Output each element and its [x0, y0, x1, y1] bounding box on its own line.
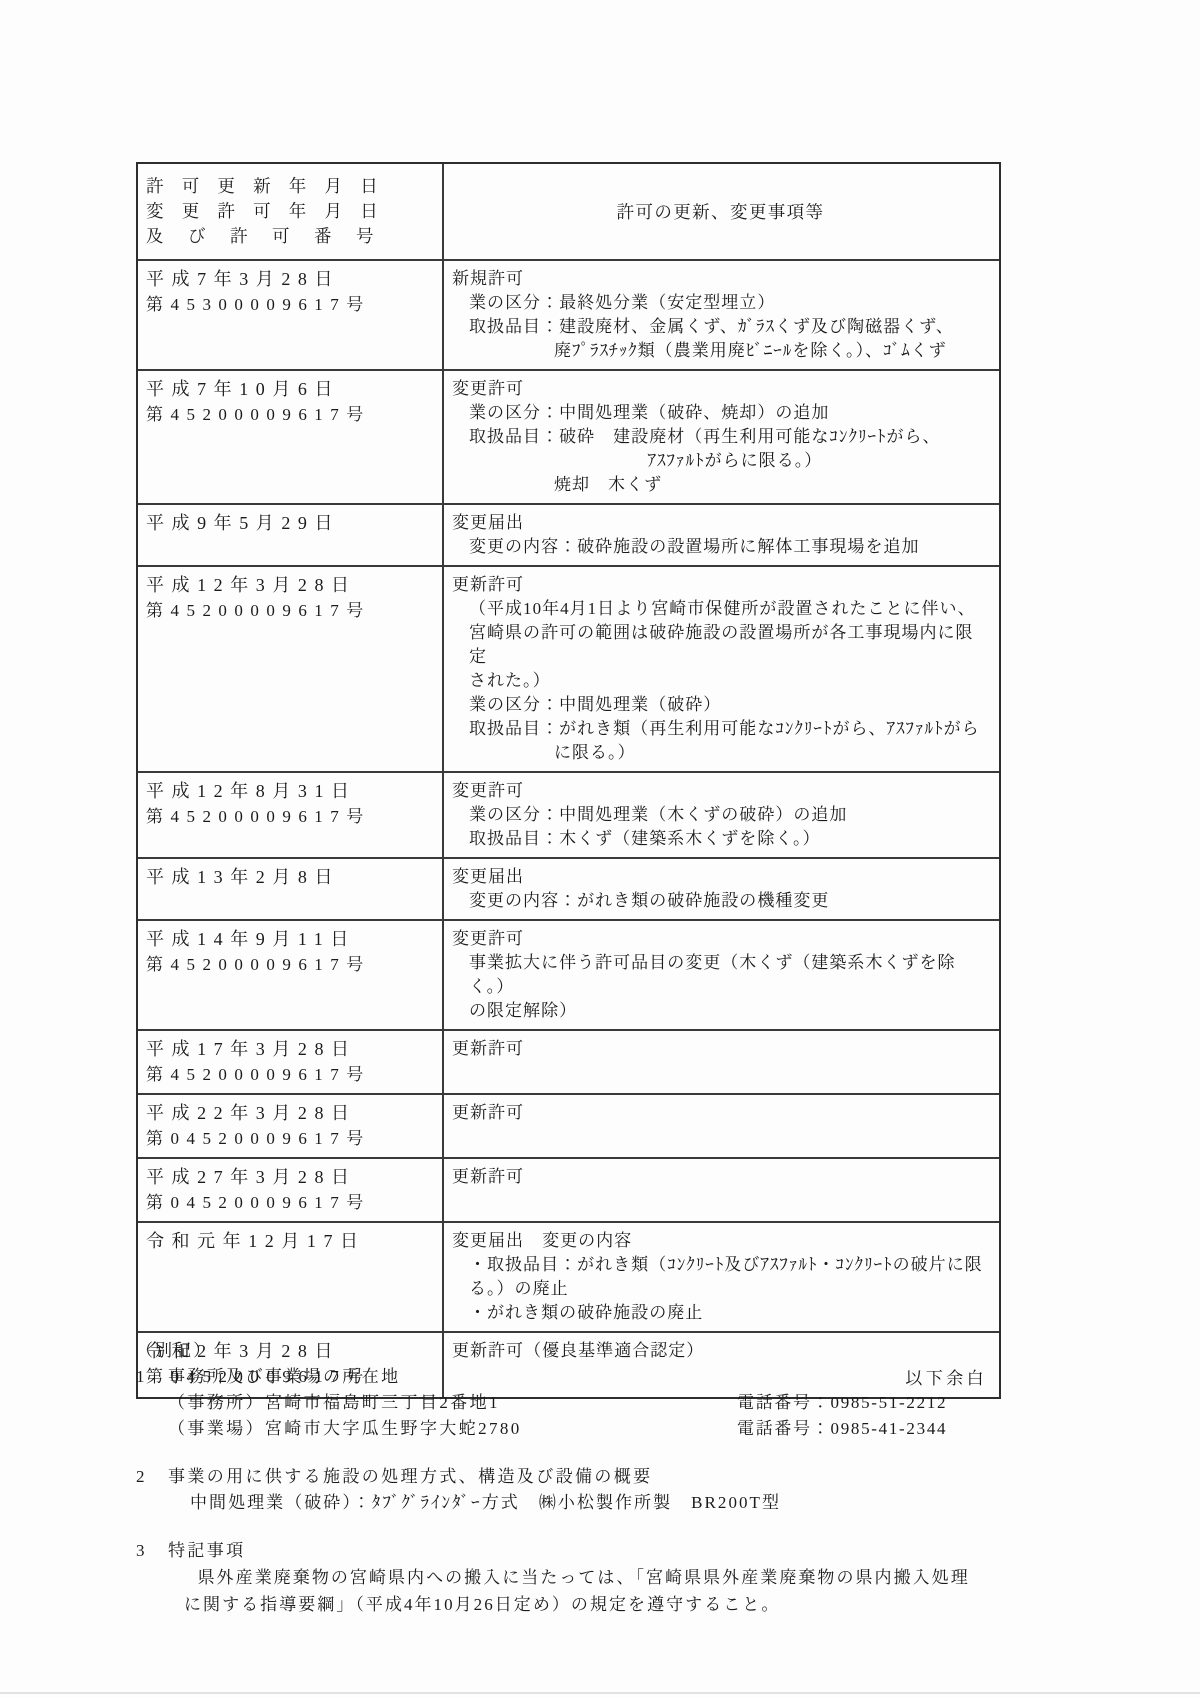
permit-history-row: 平成13年2月8日変更届出変更の内容：がれき類の破砕施設の機種変更	[138, 857, 999, 919]
section-heading: 特記事項	[168, 1538, 246, 1564]
appendix-title: （別記）	[136, 1338, 1076, 1364]
header-date-line-1: 許 可 更 新 年 月 日	[146, 174, 438, 199]
scanned-permit-document: 許 可 更 新 年 月 日 変 更 許 可 年 月 日 及 び 許 可 番 号 …	[0, 0, 1200, 1697]
permit-row-left-cell: 平成14年9月11日第45200009617号	[138, 921, 444, 1029]
detail-line: 更新許可	[452, 573, 989, 597]
permit-history-row: 平成22年3月28日第04520009617号更新許可	[138, 1093, 999, 1157]
permit-date: 平成7年3月28日	[146, 267, 436, 292]
detail-line: 宮崎県の許可の範囲は破砕施設の設置場所が各工事現場内に限定	[452, 621, 989, 669]
section-head: 2事業の用に供する施設の処理方式、構造及び設備の概要	[136, 1464, 1076, 1490]
detail-line: 変更許可	[452, 779, 989, 803]
permit-date: 平成7年10月6日	[146, 377, 436, 402]
permit-date: 平成12年8月31日	[146, 779, 436, 804]
detail-line: る。）の廃止	[452, 1277, 989, 1301]
permit-row-details-cell: 変更許可業の区分：中間処理業（木くずの破砕）の追加取扱品目：木くず（建築系木くず…	[444, 773, 999, 857]
permit-row-left-cell: 平成9年5月29日	[138, 505, 444, 565]
permit-history-row: 平成12年8月31日第45200009617号変更許可業の区分：中間処理業（木く…	[138, 771, 999, 857]
permit-history-row: 平成7年10月6日第45200009617号変更許可業の区分：中間処理業（破砕、…	[138, 369, 999, 503]
header-details-label: 許可の更新、変更事項等	[617, 199, 825, 224]
detail-line: 取扱品目：破砕 建設廃材（再生利用可能なｺﾝｸﾘｰﾄがら、	[452, 425, 989, 449]
detail-line: 新規許可	[452, 267, 989, 291]
detail-line: に限る。）	[452, 741, 989, 765]
permit-history-row: 平成12年3月28日第45200009617号更新許可（平成10年4月1日より宮…	[138, 565, 999, 771]
detail-line: （平成10年4月1日より宮崎市保健所が設置されたことに伴い、	[452, 597, 989, 621]
detail-line: 変更届出	[452, 511, 989, 535]
header-date-column: 許 可 更 新 年 月 日 変 更 許 可 年 月 日 及 び 許 可 番 号	[138, 164, 444, 259]
header-date-line-2: 変 更 許 可 年 月 日	[146, 199, 438, 224]
permit-row-details-cell: 変更許可事業拡大に伴う許可品目の変更（木くず（建築系木くずを除く。）の限定解除）	[444, 921, 999, 1029]
notes-paragraph: 県外産業廃棄物の宮崎県内への搬入に当たっては、「宮崎県県外産業廃棄物の県内搬入処…	[136, 1564, 1076, 1618]
appendix-section: 1事務所及び事業場の所在地（事務所）宮崎市福島町三丁目2番地1電話番号：0985…	[136, 1364, 1076, 1442]
detail-line: 更新許可	[452, 1101, 989, 1125]
permit-date: 令和元年12月17日	[146, 1229, 436, 1254]
permit-history-row: 平成17年3月28日第45200009617号更新許可	[138, 1029, 999, 1093]
permit-history-row: 平成7年3月28日第45300009617号新規許可業の区分：最終処分業（安定型…	[138, 259, 999, 369]
phone-number: 電話番号：0985-41-2344	[737, 1416, 947, 1442]
permit-row-left-cell: 平成27年3月28日第04520009617号	[138, 1159, 444, 1221]
appendix-sections: 1事務所及び事業場の所在地（事務所）宮崎市福島町三丁目2番地1電話番号：0985…	[136, 1364, 1076, 1618]
detail-line: ・取扱品目：がれき類（ｺﾝｸﾘｰﾄ及びｱｽﾌｧﾙﾄ・ｺﾝｸﾘｰﾄの破片に限	[452, 1253, 989, 1277]
section-number: 2	[136, 1464, 168, 1490]
detail-line: 取扱品目：木くず（建築系木くずを除く。）	[452, 827, 989, 851]
permit-row-details-cell: 変更許可業の区分：中間処理業（破砕、焼却）の追加取扱品目：破砕 建設廃材（再生利…	[444, 371, 999, 503]
permit-date: 平成12年3月28日	[146, 573, 436, 598]
permit-date: 平成14年9月11日	[146, 927, 436, 952]
detail-line: の限定解除）	[452, 999, 989, 1023]
phone-number: 電話番号：0985-51-2212	[737, 1390, 947, 1416]
detail-line: 業の区分：中間処理業（破砕、焼却）の追加	[452, 401, 989, 425]
detail-line: 業の区分：最終処分業（安定型埋立）	[452, 291, 989, 315]
appendix-section: 3特記事項県外産業廃棄物の宮崎県内への搬入に当たっては、「宮崎県県外産業廃棄物の…	[136, 1538, 1076, 1618]
header-date-line-3: 及 び 許 可 番 号	[146, 224, 438, 249]
section-number: 3	[136, 1538, 168, 1564]
permit-row-details-cell: 更新許可	[444, 1159, 999, 1221]
detail-line: 変更許可	[452, 377, 989, 401]
permit-row-details-cell: 新規許可業の区分：最終処分業（安定型埋立）取扱品目：建設廃材、金属くず、ｶﾞﾗｽ…	[444, 261, 999, 369]
detail-line: 業の区分：中間処理業（木くずの破砕）の追加	[452, 803, 989, 827]
detail-line: 取扱品目：がれき類（再生利用可能なｺﾝｸﾘｰﾄがら、ｱｽﾌｧﾙﾄがら	[452, 717, 989, 741]
detail-line: 取扱品目：建設廃材、金属くず、ｶﾞﾗｽくず及び陶磁器くず、	[452, 315, 989, 339]
section-head: 3特記事項	[136, 1538, 1076, 1564]
permit-date: 平成9年5月29日	[146, 511, 436, 536]
permit-number: 第04520009617号	[146, 1190, 436, 1215]
permit-number: 第45200009617号	[146, 402, 436, 427]
address-line: （事業場）宮崎市大字瓜生野字大蛇2780電話番号：0985-41-2344	[136, 1416, 1076, 1442]
appendix: （別記） 1事務所及び事業場の所在地（事務所）宮崎市福島町三丁目2番地1電話番号…	[136, 1338, 1076, 1618]
detail-line: 業の区分：中間処理業（破砕）	[452, 693, 989, 717]
detail-line: 変更届出 変更の内容	[452, 1229, 989, 1253]
permit-number: 第45300009617号	[146, 292, 436, 317]
permit-row-details-cell: 更新許可	[444, 1095, 999, 1157]
permit-history-table: 許 可 更 新 年 月 日 変 更 許 可 年 月 日 及 び 許 可 番 号 …	[136, 162, 1001, 1399]
header-details-column: 許可の更新、変更事項等	[444, 164, 999, 259]
facility-spec-line: 中間処理業（破砕）：ﾀﾌﾞｸﾞﾗｲﾝﾀﾞｰ方式 ㈱小松製作所製 BR200T型	[136, 1490, 1076, 1516]
permit-number: 第45200009617号	[146, 952, 436, 977]
detail-line: 変更の内容：破砕施設の設置場所に解体工事現場を追加	[452, 535, 989, 559]
permit-row-details-cell: 変更届出変更の内容：がれき類の破砕施設の機種変更	[444, 859, 999, 919]
detail-line: された。）	[452, 669, 989, 693]
detail-line: ｱｽﾌｧﾙﾄがらに限る。）	[452, 449, 989, 473]
section-heading: 事務所及び事業場の所在地	[168, 1364, 401, 1390]
permit-number: 第45200009617号	[146, 1062, 436, 1087]
permit-row-left-cell: 平成7年3月28日第45300009617号	[138, 261, 444, 369]
notes-line: 県外産業廃棄物の宮崎県内への搬入に当たっては、「宮崎県県外産業廃棄物の県内搬入処…	[184, 1564, 1076, 1591]
permit-row-details-cell: 変更届出変更の内容：破砕施設の設置場所に解体工事現場を追加	[444, 505, 999, 565]
address-line: （事務所）宮崎市福島町三丁目2番地1電話番号：0985-51-2212	[136, 1390, 1076, 1416]
scan-bottom-edge	[0, 1692, 1200, 1694]
permit-row-details-cell: 更新許可	[444, 1031, 999, 1093]
permit-number: 第45200009617号	[146, 598, 436, 623]
section-head: 1事務所及び事業場の所在地	[136, 1364, 1076, 1390]
detail-line: 変更許可	[452, 927, 989, 951]
detail-line: 変更届出	[452, 865, 989, 889]
permit-date: 平成13年2月8日	[146, 865, 436, 890]
detail-line: 焼却 木くず	[452, 473, 989, 497]
permit-date: 平成27年3月28日	[146, 1165, 436, 1190]
notes-line: に関する指導要綱」（平成4年10月26日定め）の規定を遵守すること。	[184, 1591, 1076, 1618]
permit-row-left-cell: 平成7年10月6日第45200009617号	[138, 371, 444, 503]
detail-line: 更新許可	[452, 1037, 989, 1061]
permit-row-details-cell: 更新許可（平成10年4月1日より宮崎市保健所が設置されたことに伴い、宮崎県の許可…	[444, 567, 999, 771]
permit-row-left-cell: 平成12年8月31日第45200009617号	[138, 773, 444, 857]
detail-line: ・がれき類の破砕施設の廃止	[452, 1301, 989, 1325]
detail-line: 廃ﾌﾟﾗｽﾁｯｸ類（農業用廃ﾋﾞﾆｰﾙを除く。）、ｺﾞﾑくず	[452, 339, 989, 363]
table-header-row: 許 可 更 新 年 月 日 変 更 許 可 年 月 日 及 び 許 可 番 号 …	[138, 164, 999, 259]
section-heading: 事業の用に供する施設の処理方式、構造及び設備の概要	[168, 1464, 653, 1490]
permit-table-body: 平成7年3月28日第45300009617号新規許可業の区分：最終処分業（安定型…	[138, 259, 999, 1397]
permit-history-row: 平成27年3月28日第04520009617号更新許可	[138, 1157, 999, 1221]
permit-history-row: 平成9年5月29日変更届出変更の内容：破砕施設の設置場所に解体工事現場を追加	[138, 503, 999, 565]
permit-row-left-cell: 令和元年12月17日	[138, 1223, 444, 1331]
detail-line: 変更の内容：がれき類の破砕施設の機種変更	[452, 889, 989, 913]
permit-row-left-cell: 平成12年3月28日第45200009617号	[138, 567, 444, 771]
permit-row-left-cell: 平成13年2月8日	[138, 859, 444, 919]
appendix-section: 2事業の用に供する施設の処理方式、構造及び設備の概要中間処理業（破砕）：ﾀﾌﾞｸ…	[136, 1464, 1076, 1516]
permit-history-row: 令和元年12月17日変更届出 変更の内容・取扱品目：がれき類（ｺﾝｸﾘｰﾄ及びｱ…	[138, 1221, 999, 1331]
section-number: 1	[136, 1364, 168, 1390]
permit-date: 平成22年3月28日	[146, 1101, 436, 1126]
permit-row-details-cell: 変更届出 変更の内容・取扱品目：がれき類（ｺﾝｸﾘｰﾄ及びｱｽﾌｧﾙﾄ・ｺﾝｸﾘ…	[444, 1223, 999, 1331]
permit-number: 第04520009617号	[146, 1126, 436, 1151]
permit-date: 平成17年3月28日	[146, 1037, 436, 1062]
detail-line: 更新許可	[452, 1165, 989, 1189]
permit-row-left-cell: 平成17年3月28日第45200009617号	[138, 1031, 444, 1093]
permit-number: 第45200009617号	[146, 804, 436, 829]
permit-row-left-cell: 平成22年3月28日第04520009617号	[138, 1095, 444, 1157]
detail-line: 事業拡大に伴う許可品目の変更（木くず（建築系木くずを除く。）	[452, 951, 989, 999]
permit-history-row: 平成14年9月11日第45200009617号変更許可事業拡大に伴う許可品目の変…	[138, 919, 999, 1029]
